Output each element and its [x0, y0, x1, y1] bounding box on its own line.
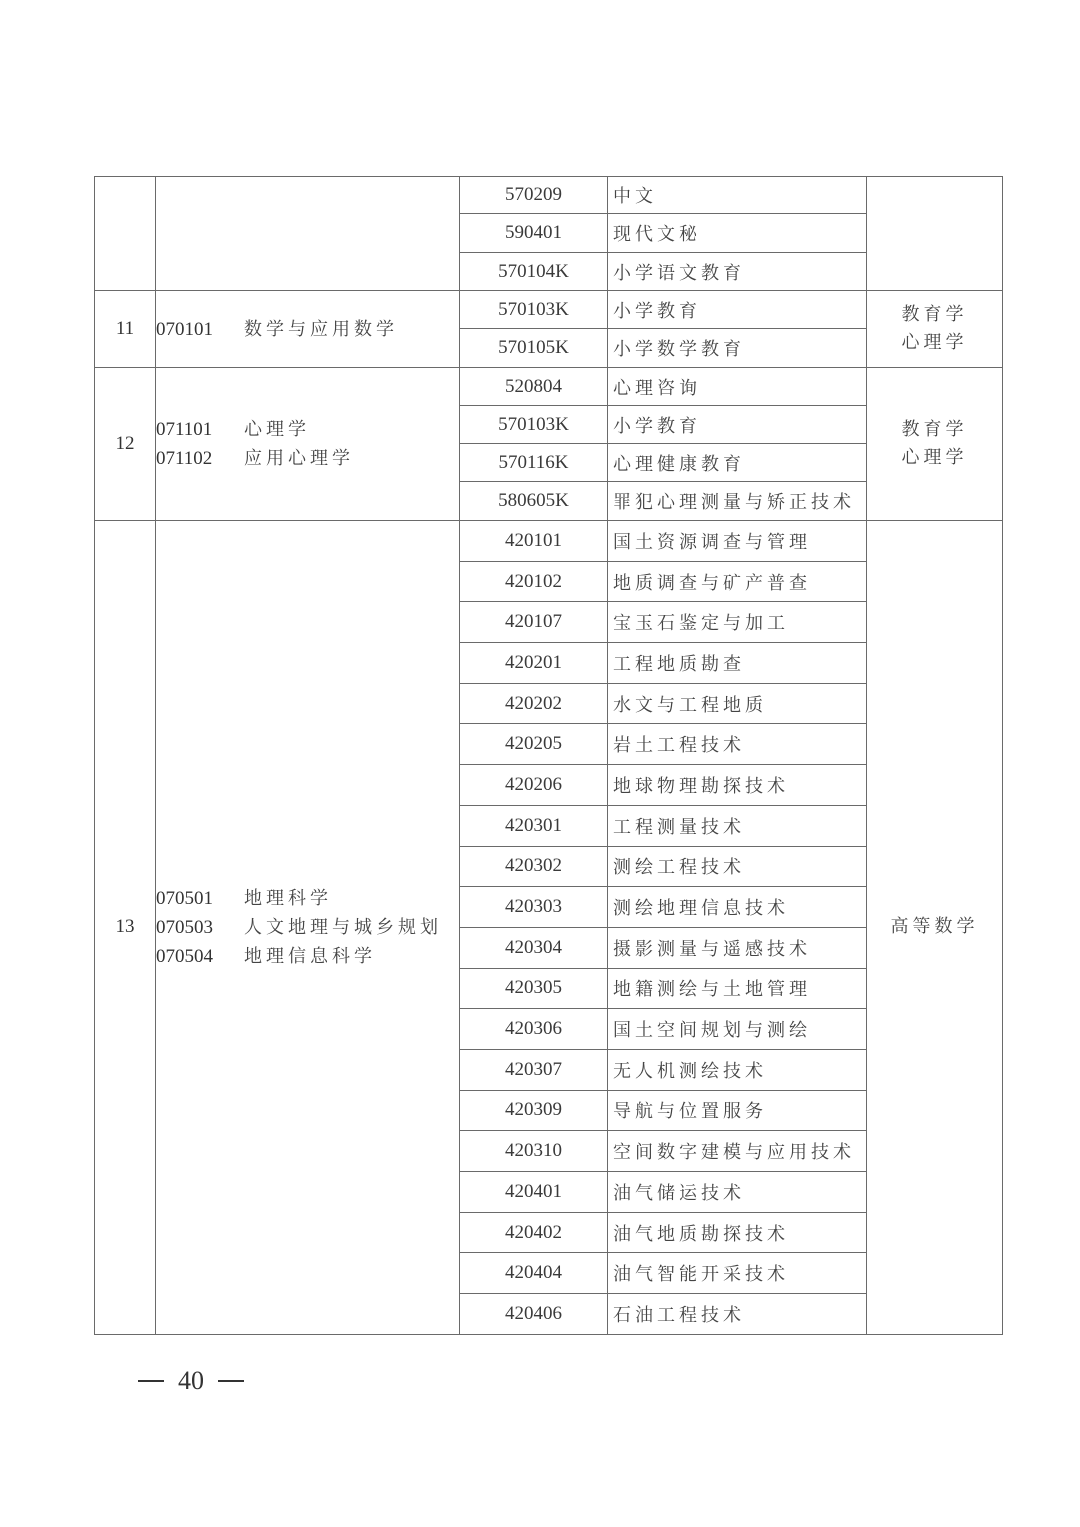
undergrad-major-name: 心理学: [244, 419, 310, 440]
undergrad-major: 070503人文地理与城乡规划: [156, 913, 459, 942]
exam-subjects-cell: 高等数学: [867, 521, 1003, 1335]
vocational-major-code: 420107: [460, 602, 608, 643]
row-index-cell: 12: [95, 368, 156, 521]
undergrad-major-code: 071101: [156, 416, 244, 444]
vocational-major-name: 宝玉石鉴定与加工: [608, 602, 867, 643]
vocational-major-code: 420404: [460, 1253, 608, 1294]
exam-subject: 高等数学: [867, 913, 1002, 941]
vocational-major-code: 420301: [460, 805, 608, 846]
vocational-major-name: 心理健康教育: [608, 444, 867, 482]
undergrad-major-name: 人文地理与城乡规划: [244, 917, 442, 938]
undergrad-major-code: 070504: [156, 943, 244, 971]
vocational-major-name: 水文与工程地质: [608, 683, 867, 724]
vocational-major-code: 570209: [460, 177, 608, 214]
table-row: 570209中文: [95, 177, 1003, 214]
vocational-major-code: 520804: [460, 368, 608, 406]
vocational-major-code: 420102: [460, 561, 608, 602]
vocational-major-name: 测绘地理信息技术: [608, 887, 867, 928]
vocational-major-name: 小学数学教育: [608, 329, 867, 368]
vocational-major-name: 地球物理勘探技术: [608, 765, 867, 806]
undergrad-majors-cell: 070501地理科学070503人文地理与城乡规划070504地理信息科学: [156, 521, 460, 1335]
vocational-major-code: 420202: [460, 683, 608, 724]
vocational-major-name: 岩土工程技术: [608, 724, 867, 765]
vocational-major-code: 420101: [460, 521, 608, 562]
vocational-major-name: 国土空间规划与测绘: [608, 1009, 867, 1050]
vocational-major-name: 油气智能开采技术: [608, 1253, 867, 1294]
vocational-major-code: 420304: [460, 927, 608, 968]
undergrad-major-code: 071102: [156, 445, 244, 473]
undergrad-majors-cell: [156, 177, 460, 291]
table-body: 570209中文590401现代文秘570104K小学语文教育11070101数…: [95, 177, 1003, 1335]
vocational-major-name: 地籍测绘与土地管理: [608, 968, 867, 1009]
undergrad-majors-cell: 070101数学与应用数学: [156, 291, 460, 368]
vocational-major-code: 570116K: [460, 444, 608, 482]
vocational-major-code: 420302: [460, 846, 608, 887]
exam-subject: 心理学: [867, 329, 1002, 357]
vocational-major-name: 中文: [608, 177, 867, 214]
exam-subjects-cell: 教育学心理学: [867, 291, 1003, 368]
vocational-major-code: 420402: [460, 1212, 608, 1253]
vocational-major-name: 小学教育: [608, 291, 867, 329]
exam-subject: 教育学: [867, 301, 1002, 329]
page-number: 40: [178, 1366, 204, 1396]
undergrad-major-code: 070101: [156, 316, 244, 344]
vocational-major-name: 小学语文教育: [608, 253, 867, 291]
vocational-major-name: 导航与位置服务: [608, 1090, 867, 1131]
vocational-major-code: 420306: [460, 1009, 608, 1050]
vocational-major-code: 570105K: [460, 329, 608, 368]
vocational-major-name: 摄影测量与遥感技术: [608, 927, 867, 968]
vocational-major-name: 地质调查与矿产普查: [608, 561, 867, 602]
row-index-cell: 13: [95, 521, 156, 1335]
undergrad-majors-cell: 071101心理学071102应用心理学: [156, 368, 460, 521]
undergrad-major-code: 070503: [156, 914, 244, 942]
page-footer: 40: [138, 1366, 244, 1396]
vocational-major-code: 420303: [460, 887, 608, 928]
vocational-major-code: 420309: [460, 1090, 608, 1131]
vocational-major-code: 420305: [460, 968, 608, 1009]
vocational-major-code: 420307: [460, 1049, 608, 1090]
vocational-major-name: 石油工程技术: [608, 1294, 867, 1335]
table-row: 11070101数学与应用数学570103K小学教育教育学心理学: [95, 291, 1003, 329]
exam-subject: 心理学: [867, 444, 1002, 472]
vocational-major-name: 现代文秘: [608, 214, 867, 253]
vocational-major-code: 570103K: [460, 291, 608, 329]
vocational-major-code: 420401: [460, 1172, 608, 1213]
vocational-major-code: 420201: [460, 643, 608, 684]
vocational-major-name: 空间数字建模与应用技术: [608, 1131, 867, 1172]
vocational-major-code: 420206: [460, 765, 608, 806]
exam-subjects-cell: [867, 177, 1003, 291]
vocational-major-name: 小学教育: [608, 406, 867, 444]
document-page: 570209中文590401现代文秘570104K小学语文教育11070101数…: [0, 0, 1080, 1527]
undergrad-major: 070101数学与应用数学: [156, 315, 459, 344]
vocational-major-name: 油气地质勘探技术: [608, 1212, 867, 1253]
vocational-major-name: 工程测量技术: [608, 805, 867, 846]
major-correspondence-table: 570209中文590401现代文秘570104K小学语文教育11070101数…: [94, 176, 1003, 1335]
undergrad-major-name: 应用心理学: [244, 448, 354, 469]
vocational-major-name: 无人机测绘技术: [608, 1049, 867, 1090]
table-row: 13070501地理科学070503人文地理与城乡规划070504地理信息科学4…: [95, 521, 1003, 562]
dash-right: [218, 1380, 244, 1382]
vocational-major-code: 570103K: [460, 406, 608, 444]
undergrad-major: 070504地理信息科学: [156, 942, 459, 971]
vocational-major-code: 420406: [460, 1294, 608, 1335]
vocational-major-name: 工程地质勘查: [608, 643, 867, 684]
exam-subjects-cell: 教育学心理学: [867, 368, 1003, 521]
vocational-major-code: 580605K: [460, 482, 608, 521]
undergrad-major-code: 070501: [156, 885, 244, 913]
undergrad-major: 071102应用心理学: [156, 444, 459, 473]
undergrad-major: 070501地理科学: [156, 884, 459, 913]
vocational-major-code: 420310: [460, 1131, 608, 1172]
row-index-cell: [95, 177, 156, 291]
vocational-major-name: 测绘工程技术: [608, 846, 867, 887]
vocational-major-code: 570104K: [460, 253, 608, 291]
undergrad-major: 071101心理学: [156, 415, 459, 444]
vocational-major-name: 国土资源调查与管理: [608, 521, 867, 562]
exam-subject: 教育学: [867, 416, 1002, 444]
vocational-major-name: 油气储运技术: [608, 1172, 867, 1213]
undergrad-major-name: 数学与应用数学: [244, 319, 398, 340]
undergrad-major-name: 地理信息科学: [244, 946, 376, 967]
undergrad-major-name: 地理科学: [244, 888, 332, 909]
row-index-cell: 11: [95, 291, 156, 368]
vocational-major-name: 心理咨询: [608, 368, 867, 406]
vocational-major-name: 罪犯心理测量与矫正技术: [608, 482, 867, 521]
dash-left: [138, 1380, 164, 1382]
vocational-major-code: 420205: [460, 724, 608, 765]
table-row: 12071101心理学071102应用心理学520804心理咨询教育学心理学: [95, 368, 1003, 406]
vocational-major-code: 590401: [460, 214, 608, 253]
